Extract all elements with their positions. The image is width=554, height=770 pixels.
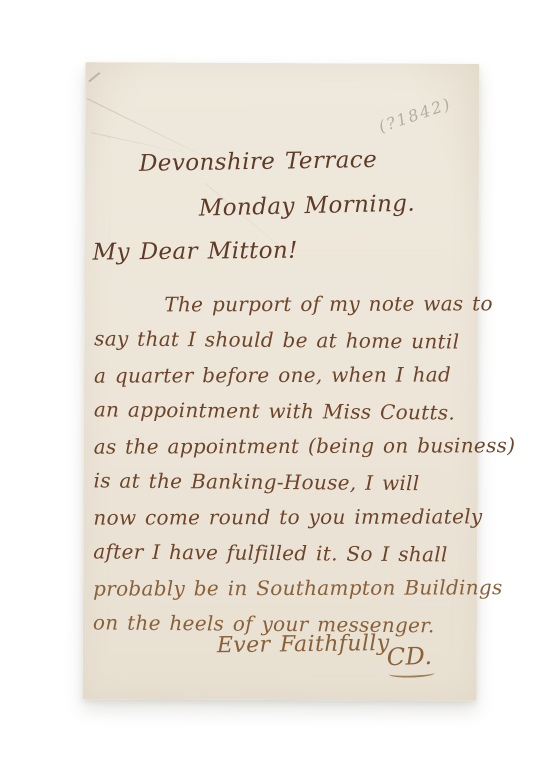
- letter-line: is at the Banking-House, I will: [93, 463, 473, 502]
- pencil-date-annotation: (?1842): [376, 94, 454, 136]
- signature-flourish-underline: [389, 669, 435, 678]
- letter-address-line: Devonshire Terrace: [139, 147, 378, 177]
- letter-body: The purport of my note was to say that I…: [93, 286, 475, 643]
- photo-background: (?1842) Devonshire Terrace Monday Mornin…: [0, 0, 554, 770]
- letter-line: a quarter before one, when I had: [94, 357, 474, 394]
- letter-signature: CD.: [386, 642, 432, 671]
- letter-line: an appointment with Miss Coutts.: [94, 392, 474, 431]
- letter-line: say that I should be at home until: [94, 321, 474, 360]
- pencil-mark: [88, 72, 100, 82]
- letter-valediction: Ever Faithfully: [217, 631, 390, 658]
- letter-paper: (?1842) Devonshire Terrace Monday Mornin…: [83, 62, 480, 701]
- letter-line: probably be in Southampton Buildings: [93, 570, 473, 607]
- letter-line: as the appointment (being on business): [94, 428, 474, 465]
- letter-date-line: Monday Morning.: [198, 191, 415, 222]
- letter-salutation: My Dear Mitton!: [92, 238, 297, 266]
- letter-line: now come round to you immediately: [93, 499, 473, 536]
- letter-line: The purport of my note was to: [94, 286, 474, 323]
- letter-line: after I have fulfilled it. So I shall: [93, 534, 473, 573]
